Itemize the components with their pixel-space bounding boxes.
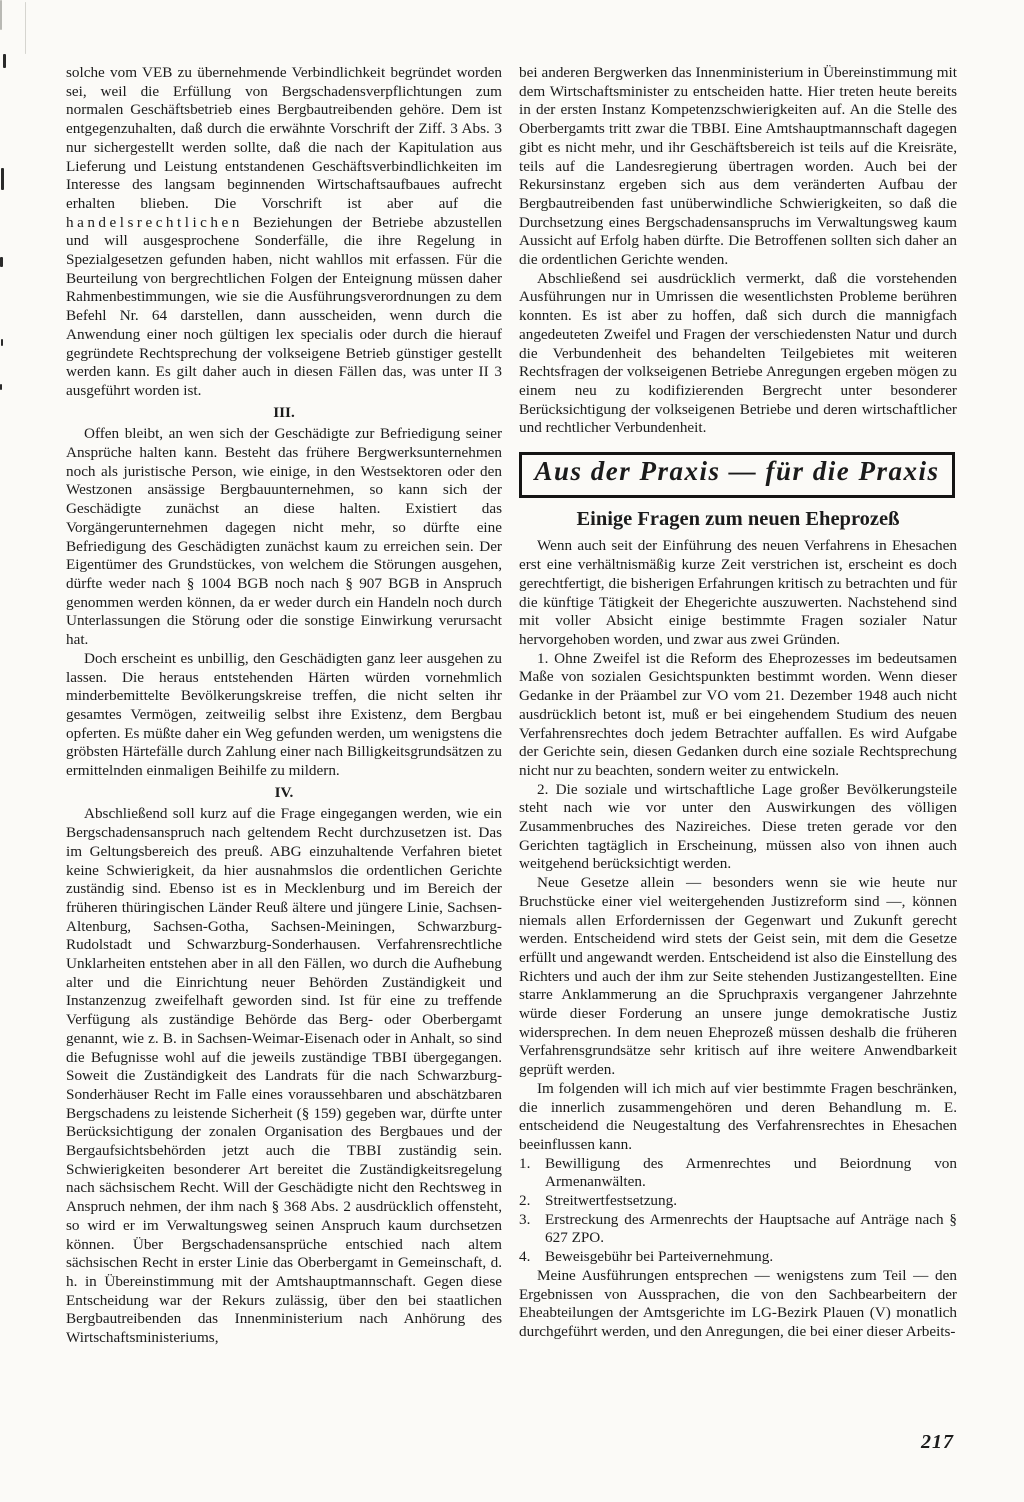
list-item-number: 4. [519,1248,545,1267]
paragraph: Abschließend soll kurz auf die Frage ein… [66,805,502,1347]
scan-artifact [1,168,4,190]
rubric-box: Aus der Praxis — für die Praxis [519,452,955,498]
scan-artifact [0,0,2,30]
paragraph: Neue Gesetze allein — besonders wenn sie… [519,874,957,1080]
paragraph: Wenn auch seit der Einführung des neuen … [519,537,957,649]
scan-artifact [0,257,3,267]
paragraph-text: solche vom VEB zu übernehmende Verbindli… [66,64,502,212]
list-item-number: 3. [519,1211,545,1248]
paragraph-continuation: solche vom VEB zu übernehmende Verbindli… [66,64,502,401]
section-heading-iv: IV. [66,784,502,803]
paragraph: Abschließend sei ausdrücklich vermerkt, … [519,270,957,438]
section-heading-iii: III. [66,404,502,423]
list-item-text: Beweisgebühr bei Parteivernehmung. [545,1248,957,1267]
article-title: Einige Fragen zum neuen Eheprozeß [519,510,957,529]
list-item-text: Erstreckung des Armenrechts der Hauptsac… [545,1211,957,1248]
right-column: bei anderen Bergwerken das Innenminister… [519,64,957,1342]
paragraph: Im folgenden will ich mich auf vier best… [519,1080,957,1155]
paragraph-text: Beziehungen der Betriebe abzustellen und… [66,214,502,399]
page-number: 217 [921,1431,954,1454]
list-item-text: Streitwertfestsetzung. [545,1192,957,1211]
emphasized-spaced-word: handelsrechtlichen [66,214,243,231]
list-item-text: Bewilligung des Armenrechtes und Beiordn… [545,1155,957,1192]
scan-artifact [1,339,3,346]
left-column: solche vom VEB zu übernehmende Verbindli… [66,64,502,1348]
numbered-list: 1. Bewilligung des Armenrechtes und Beio… [519,1155,957,1267]
list-item: 2. Streitwertfestsetzung. [519,1192,957,1211]
list-item: 3. Erstreckung des Armenrechts der Haupt… [519,1211,957,1248]
paragraph: Offen bleibt, an wen sich der Geschädigt… [66,425,502,649]
list-item-number: 1. [519,1155,545,1192]
list-item: 4. Beweisgebühr bei Parteivernehmung. [519,1248,957,1267]
scan-artifact [25,2,26,54]
list-item: 1. Bewilligung des Armenrechtes und Beio… [519,1155,957,1192]
paragraph: 2. Die soziale und wirtschaftliche Lage … [519,781,957,875]
paragraph: Doch erscheint es unbillig, den Geschädi… [66,650,502,781]
paragraph: Meine Ausführungen entsprechen — wenigst… [519,1267,957,1342]
paragraph: 1. Ohne Zweifel ist die Reform des Ehepr… [519,650,957,781]
journal-page: solche vom VEB zu übernehmende Verbindli… [0,0,1024,1502]
scan-artifact [3,54,6,68]
scan-artifact [0,384,2,390]
paragraph-continuation: bei anderen Bergwerken das Innenminister… [519,64,957,270]
list-item-number: 2. [519,1192,545,1211]
rubric-title: Aus der Praxis — für die Praxis [534,456,939,486]
